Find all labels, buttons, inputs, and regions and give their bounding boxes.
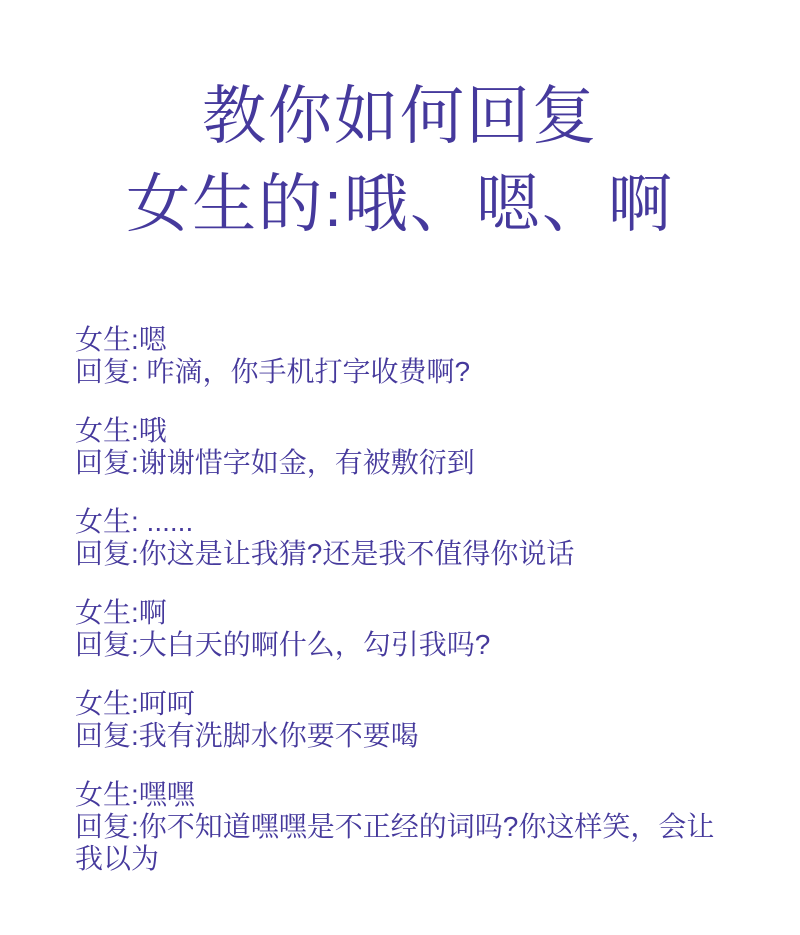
girl-message: 女生:嘿嘿 bbox=[75, 779, 730, 811]
reply-message: 回复:你这是让我猜?还是我不值得你说话 bbox=[75, 538, 730, 570]
girl-message: 女生:哦 bbox=[75, 415, 730, 447]
qa-pair: 女生:嗯 回复: 咋滴，你手机打字收费啊? bbox=[75, 324, 730, 388]
reply-message: 回复:大白天的啊什么，勾引我吗? bbox=[75, 629, 730, 661]
page-title-line-1: 教你如何回复 bbox=[0, 72, 800, 160]
qa-pair: 女生: ...... 回复:你这是让我猜?还是我不值得你说话 bbox=[75, 506, 730, 570]
girl-message: 女生: ...... bbox=[75, 506, 730, 538]
page-title: 教你如何回复 女生的:哦、嗯、啊 bbox=[0, 0, 800, 248]
reply-message: 回复: 咋滴，你手机打字收费啊? bbox=[75, 356, 730, 388]
qa-pair: 女生:呵呵 回复:我有洗脚水你要不要喝 bbox=[75, 688, 730, 752]
girl-message: 女生:嗯 bbox=[75, 324, 730, 356]
page-title-line-2: 女生的:哦、嗯、啊 bbox=[0, 160, 800, 248]
girl-message: 女生:呵呵 bbox=[75, 688, 730, 720]
qa-pair: 女生:哦 回复:谢谢惜字如金，有被敷衍到 bbox=[75, 415, 730, 479]
meme-text-card: 教你如何回复 女生的:哦、嗯、啊 女生:嗯 回复: 咋滴，你手机打字收费啊? 女… bbox=[0, 0, 800, 935]
qa-pair: 女生:嘿嘿 回复:你不知道嘿嘿是不正经的词吗?你这样笑，会让我以为 bbox=[75, 779, 730, 875]
reply-message: 回复:我有洗脚水你要不要喝 bbox=[75, 720, 730, 752]
qa-pair: 女生:啊 回复:大白天的啊什么，勾引我吗? bbox=[75, 597, 730, 661]
qa-list: 女生:嗯 回复: 咋滴，你手机打字收费啊? 女生:哦 回复:谢谢惜字如金，有被敷… bbox=[75, 324, 730, 875]
reply-message: 回复:你不知道嘿嘿是不正经的词吗?你这样笑，会让我以为 bbox=[75, 811, 730, 875]
reply-message: 回复:谢谢惜字如金，有被敷衍到 bbox=[75, 447, 730, 479]
girl-message: 女生:啊 bbox=[75, 597, 730, 629]
